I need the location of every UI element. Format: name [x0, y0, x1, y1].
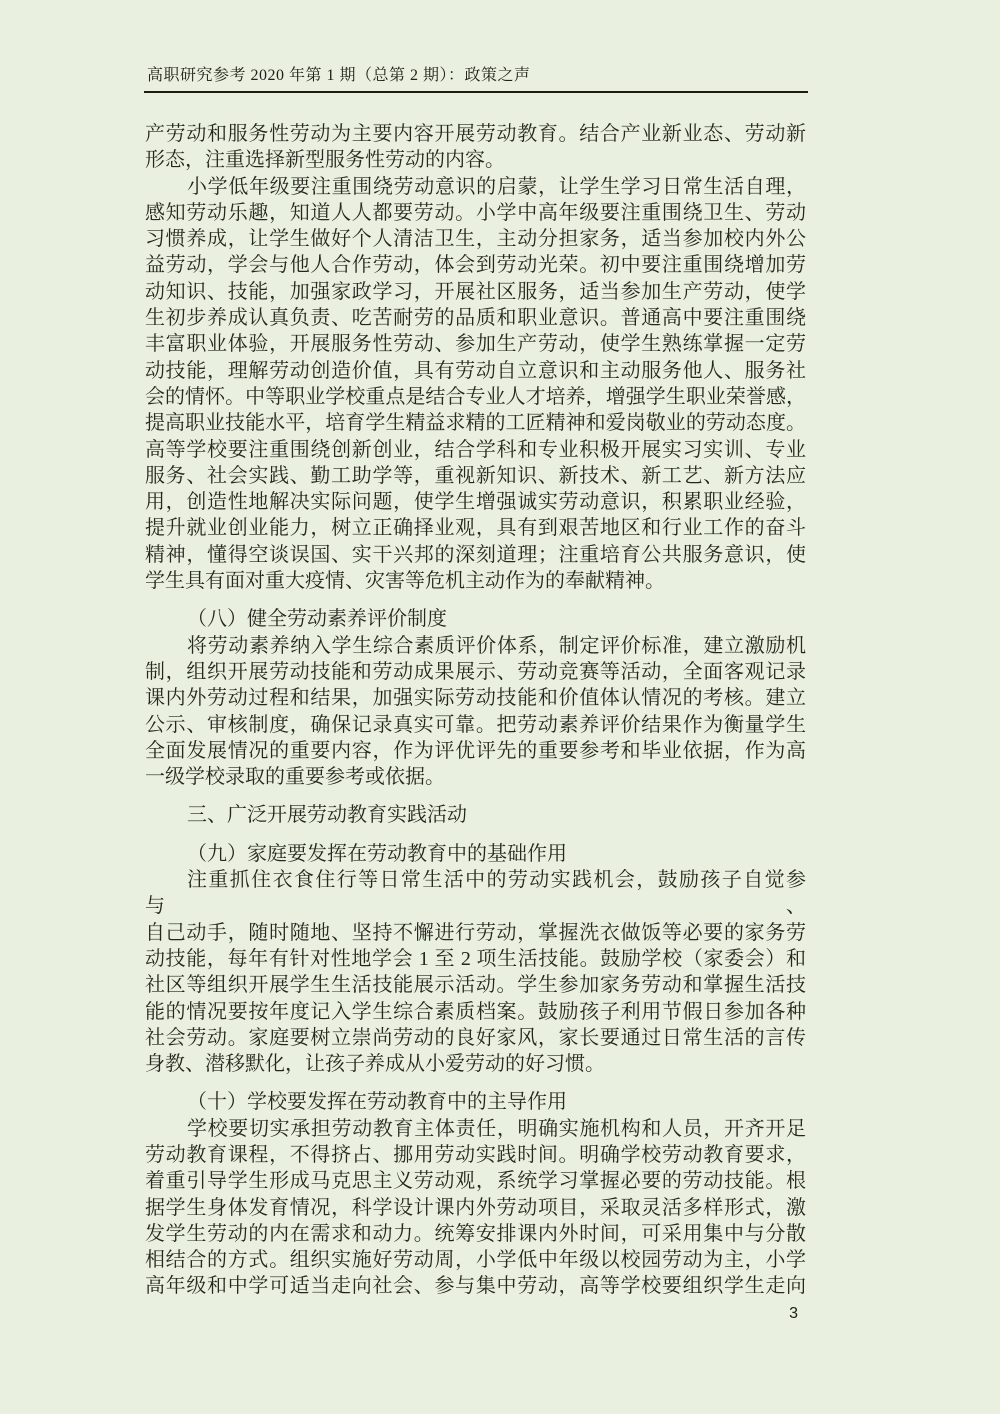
text-line: 三、广泛开展劳动教育实践活动 [145, 802, 806, 828]
text-line: 高等学校要注重围绕创新创业，结合学科和专业积极开展实习实训、专业 [145, 437, 806, 463]
text-line: 动知识、技能，加强家政学习，开展社区服务，适当参加生产劳动，使学 [145, 279, 806, 305]
text-line: 产劳动和服务性劳动为主要内容开展劳动教育。结合产业新业态、劳动新 [145, 121, 806, 147]
text-line: 动技能，每年有针对性地学会 1 至 2 项生活技能。鼓励学校（家委会）和 [145, 946, 806, 972]
text-line: 提高职业技能水平，培育学生精益求精的工匠精神和爱岗敬业的劳动态度。 [145, 410, 806, 436]
section-heading: （十）学校要发挥在劳动教育中的主导作用 [145, 1089, 806, 1115]
document-page: 高职研究参考 2020 年第 1 期（总第 2 期）：政策之声 产劳动和服务性劳… [0, 0, 1000, 1414]
text-line: 会的情怀。中等职业学校重点是结合专业人才培养，增强学生职业荣誉感， [145, 384, 806, 410]
text-line: 学生具有面对重大疫情、灾害等危机主动作为的奉献精神。 [145, 568, 806, 594]
paragraph: 小学低年级要注重围绕劳动意识的启蒙，让学生学习日常生活自理，感知劳动乐趣，知道人… [145, 174, 806, 595]
text-line: 小学低年级要注重围绕劳动意识的启蒙，让学生学习日常生活自理， [145, 174, 806, 200]
text-line: （九）家庭要发挥在劳动教育中的基础作用 [145, 841, 806, 867]
text-line: 将劳动素养纳入学生综合素质评价体系，制定评价标准，建立激励机 [145, 633, 806, 659]
text-line: 社区等组织开展学生生活技能展示活动。学生参加家务劳动和掌握生活技 [145, 972, 806, 998]
paragraph: 学校要切实承担劳动教育主体责任，明确实施机构和人员，开齐开足劳动教育课程，不得挤… [145, 1116, 806, 1300]
text-line: （八）健全劳动素养评价制度 [145, 606, 806, 632]
text-line: 学校要切实承担劳动教育主体责任，明确实施机构和人员，开齐开足 [145, 1116, 806, 1142]
text-line: 着重引导学生形成马克思主义劳动观，系统学习掌握必要的劳动技能。根 [145, 1168, 806, 1194]
text-line: 相结合的方式。组织实施好劳动周，小学低中年级以校园劳动为主，小学 [145, 1247, 806, 1273]
text-line: 能的情况要按年度记入学生综合素质档案。鼓励孩子利用节假日参加各种 [145, 999, 806, 1025]
text-line: 一级学校录取的重要参考或依据。 [145, 764, 806, 790]
text-line: 高年级和中学可适当走向社会、参与集中劳动，高等学校要组织学生走向 [145, 1273, 806, 1299]
header-title: 高职研究参考 2020 年第 1 期（总第 2 期）：政策之声 [144, 67, 531, 84]
text-line: 注重抓住衣食住行等日常生活中的劳动实践机会，鼓励孩子自觉参与、 [145, 867, 806, 920]
text-line: 精神，懂得空谈误国、实干兴邦的深刻道理；注重培育公共服务意识，使 [145, 542, 806, 568]
text-line: 提升就业创业能力，树立正确择业观，具有到艰苦地区和行业工作的奋斗 [145, 515, 806, 541]
paragraph: 产劳动和服务性劳动为主要内容开展劳动教育。结合产业新业态、劳动新形态，注重选择新… [145, 121, 806, 174]
paragraph: 注重抓住衣食住行等日常生活中的劳动实践机会，鼓励孩子自觉参与、自己动手，随时随地… [145, 867, 806, 1077]
page-number: 3 [789, 1305, 798, 1322]
text-line: 身教、潜移默化，让孩子养成从小爱劳动的好习惯。 [145, 1051, 806, 1077]
section-heading: （九）家庭要发挥在劳动教育中的基础作用 [145, 841, 806, 867]
text-line: 劳动教育课程，不得挤占、挪用劳动实践时间。明确学校劳动教育要求， [145, 1142, 806, 1168]
paragraph: 将劳动素养纳入学生综合素质评价体系，制定评价标准，建立激励机制，组织开展劳动技能… [145, 633, 806, 791]
text-line: 生初步养成认真负责、吃苦耐劳的品质和职业意识。普通高中要注重围绕 [145, 305, 806, 331]
text-line: 形态，注重选择新型服务性劳动的内容。 [145, 147, 806, 173]
text-line: 课内外劳动过程和结果，加强实际劳动技能和价值体认情况的考核。建立 [145, 685, 806, 711]
text-line: 益劳动，学会与他人合作劳动，体会到劳动光荣。初中要注重围绕增加劳 [145, 252, 806, 278]
text-line: 感知劳动乐趣，知道人人都要劳动。小学中高年级要注重围绕卫生、劳动 [145, 200, 806, 226]
text-line: 公示、审核制度，确保记录真实可靠。把劳动素养评价结果作为衡量学生 [145, 712, 806, 738]
text-line: 动技能，理解劳动创造价值，具有劳动自立意识和主动服务他人、服务社 [145, 358, 806, 384]
text-line: 习惯养成，让学生做好个人清洁卫生，主动分担家务，适当参加校内外公 [145, 226, 806, 252]
text-line: 据学生身体发育情况，科学设计课内外劳动项目，采取灵活多样形式，激 [145, 1195, 806, 1221]
text-line: 制，组织开展劳动技能和劳动成果展示、劳动竞赛等活动，全面客观记录 [145, 659, 806, 685]
text-line: （十）学校要发挥在劳动教育中的主导作用 [145, 1089, 806, 1115]
section-heading: 三、广泛开展劳动教育实践活动 [145, 802, 806, 828]
text-line: 发学生劳动的内在需求和动力。统筹安排课内外时间，可采用集中与分散 [145, 1221, 806, 1247]
page-footer: 3 [145, 1303, 806, 1325]
section-heading: （八）健全劳动素养评价制度 [145, 606, 806, 632]
text-line: 丰富职业体验，开展服务性劳动、参加生产劳动，使学生熟练掌握一定劳 [145, 331, 806, 357]
text-line: 社会劳动。家庭要树立崇尚劳动的良好家风，家长要通过日常生活的言传 [145, 1025, 806, 1051]
text-line: 自己动手，随时随地、坚持不懈进行劳动，掌握洗衣做饭等必要的家务劳 [145, 920, 806, 946]
text-line: 用，创造性地解决实际问题，使学生增强诚实劳动意识，积累职业经验， [145, 489, 806, 515]
text-line: 全面发展情况的重要内容，作为评优评先的重要参考和毕业依据，作为高 [145, 738, 806, 764]
document-body: 产劳动和服务性劳动为主要内容开展劳动教育。结合产业新业态、劳动新形态，注重选择新… [145, 121, 806, 1300]
page-header: 高职研究参考 2020 年第 1 期（总第 2 期）：政策之声 [144, 66, 808, 93]
text-line: 服务、社会实践、勤工助学等，重视新知识、新技术、新工艺、新方法应 [145, 463, 806, 489]
